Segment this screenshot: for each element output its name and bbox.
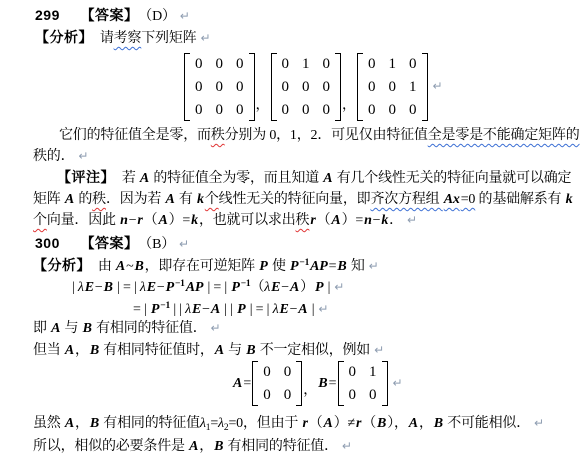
- text-run: −1: [299, 258, 309, 268]
- text-run: −: [95, 280, 103, 295]
- text-run: A: [297, 302, 308, 317]
- paragraph-mark-icon: ↵: [534, 416, 544, 430]
- text-run: 300: [35, 235, 60, 251]
- text-run: 【分析】: [35, 29, 86, 45]
- text-run: 秩: [92, 192, 106, 207]
- line-q299-remark-2: 矩阵 A 的秩．因为若 A 有 k个线性无关的特征向量，即齐次方程组 Ax=0 …: [33, 190, 573, 209]
- text-run: B: [245, 343, 256, 358]
- text-run: B: [433, 416, 444, 431]
- matrix-cells: 010000000: [277, 53, 336, 121]
- text-run: n: [363, 213, 373, 228]
- paragraph-mark-icon: ↵: [374, 343, 384, 357]
- text-run: k: [565, 192, 574, 207]
- matrix-cells: 000000000: [190, 53, 249, 121]
- text-run: [86, 31, 100, 46]
- text-run: =0，但由于: [228, 416, 301, 431]
- text-run: P: [230, 280, 240, 295]
- text-run: A: [323, 416, 334, 431]
- text-run: r: [136, 213, 143, 228]
- text-run: 考察: [114, 31, 142, 46]
- paragraph-mark-icon: ↵: [407, 213, 417, 227]
- matrix-cell: 0: [216, 102, 224, 118]
- matrix-cell: 0: [236, 56, 244, 72]
- matrix-right-bracket: [296, 361, 302, 406]
- matrix-cell: 0: [282, 102, 290, 118]
- line-q300-formula-2: = | P−1 | | λE−A | | P | = | λE−A |↵: [133, 300, 328, 321]
- line-q300-although: 虽然 A，B 有相同的特征值λ1=λ2=0，但由于 r（A）≠r（B），A，B …: [33, 414, 544, 435]
- text-run: 不一定相似，例如: [256, 343, 370, 358]
- text-run: ，: [342, 96, 356, 123]
- matrix-cell: 0: [368, 79, 376, 95]
- text-run: 2: [224, 423, 229, 433]
- text-run: （B）: [145, 237, 175, 252]
- text-run: 有相同的特征值．: [93, 321, 207, 336]
- text-run: n: [119, 213, 129, 228]
- text-run: −: [281, 280, 289, 295]
- text-run: 有: [176, 192, 196, 207]
- matrix-cell: 0: [284, 387, 292, 403]
- text-run: AP: [309, 259, 329, 274]
- text-run: ）: [300, 280, 314, 295]
- text-run: P: [258, 259, 268, 274]
- text-run: 虽然: [33, 416, 64, 431]
- text-run: B: [376, 416, 387, 431]
- text-run: k: [190, 213, 199, 228]
- matrix-cell: 0: [389, 79, 397, 95]
- line-q299-conclusion-2: 秩的．↵: [33, 147, 88, 166]
- paragraph-mark-icon: ↵: [78, 149, 88, 163]
- text-run: A: [164, 192, 175, 207]
- text-run: −1: [175, 279, 185, 289]
- text-run: −1: [160, 301, 170, 311]
- text-run: AP: [185, 280, 205, 295]
- text-run: [84, 259, 98, 274]
- text-run: B: [103, 280, 114, 295]
- text-run: A: [289, 280, 300, 295]
- paragraph-mark-icon: ↵: [211, 321, 221, 335]
- line-q300-analysis: 【分析】 由 A~B，即存在可逆矩阵 P 使 P−1AP=B 知↵: [33, 256, 378, 278]
- text-run: ，: [75, 416, 89, 431]
- text-run: 与: [225, 343, 245, 358]
- text-run: 秩: [296, 213, 310, 228]
- text-run: E: [146, 280, 157, 295]
- text-run: λ: [200, 416, 206, 431]
- text-run: E: [278, 302, 289, 317]
- text-run: A: [330, 213, 341, 228]
- matrix-cell: 0: [236, 102, 244, 118]
- text-run: A: [115, 259, 126, 274]
- matrix: 0000: [252, 361, 302, 406]
- text-run: 有相同的特征值．: [224, 439, 338, 454]
- text-run: A: [214, 343, 225, 358]
- text-run: ），: [387, 416, 408, 431]
- matrix-cell: 0: [349, 364, 357, 380]
- paragraph-mark-icon: ↵: [369, 259, 379, 273]
- text-run: ）=: [342, 213, 364, 228]
- matrix-cell: 1: [302, 56, 310, 72]
- matrix-cell: 0: [409, 56, 417, 72]
- matrix-cells: 0100: [344, 361, 382, 406]
- text-run: A: [408, 416, 419, 431]
- line-q299-answer: 299 【答案】 （D）↵: [35, 6, 190, 26]
- text-run: 1: [206, 423, 211, 433]
- text-run: P: [314, 280, 324, 295]
- text-run: r: [309, 213, 316, 228]
- text-run: ，: [419, 416, 433, 431]
- text-run: | |: [170, 302, 185, 317]
- matrix-cell: 0: [369, 387, 377, 403]
- text-run: [131, 237, 145, 252]
- text-run: P: [150, 302, 160, 317]
- text-run: ，: [75, 343, 89, 358]
- text-run: （: [317, 213, 331, 228]
- matrix-cell: 1: [389, 56, 397, 72]
- text-run: 下列矩阵: [141, 31, 196, 46]
- text-run: A: [210, 302, 221, 317]
- matrix-cell: 0: [409, 102, 417, 118]
- text-run: [108, 171, 122, 186]
- line-q300-answer: 300 【答案】 （B）↵: [35, 234, 189, 254]
- text-run: 与: [61, 321, 81, 336]
- text-run: 全是零是不能确定矩阵的: [428, 128, 580, 143]
- text-run: k: [196, 192, 205, 207]
- paragraph-mark-icon: ↵: [342, 439, 352, 453]
- matrix-cell: 0: [368, 56, 376, 72]
- matrix-cell: 0: [195, 79, 203, 95]
- matrix-cell: 0: [195, 102, 203, 118]
- text-run: ，: [303, 381, 317, 408]
- text-run: （: [250, 280, 264, 295]
- text-run: 【答案】: [87, 235, 131, 251]
- text-run: P: [289, 259, 299, 274]
- text-run: 秩: [211, 128, 225, 143]
- line-q300-same-eigenvalues: 即 A 与 B 有相同的特征值．↵: [33, 319, 220, 338]
- text-run: B: [317, 374, 328, 393]
- text-run: | = |: [204, 280, 230, 295]
- text-run: |: [308, 302, 314, 317]
- text-run: A: [188, 439, 199, 454]
- text-run: =: [210, 416, 218, 431]
- matrix: 010000000: [271, 53, 342, 121]
- matrix-cell: 0: [282, 56, 290, 72]
- matrix-cell: 1: [369, 364, 377, 380]
- text-run: P: [236, 302, 246, 317]
- text-run: 有相同特征值时，: [100, 343, 214, 358]
- text-run: A: [322, 171, 333, 186]
- line-q299-remark-1: 【评注】 若 A 的特征值全为零，而且知道 A 有几个线性无关的特征向量就可以确…: [57, 168, 571, 188]
- matrix-right-bracket: [335, 53, 341, 121]
- text-run: A: [50, 321, 61, 336]
- text-run: 它们的特征值全是零，而: [59, 128, 211, 143]
- paragraph-mark-icon: ↵: [180, 9, 190, 23]
- text-run: | |: [221, 302, 236, 317]
- text-run: （: [362, 416, 376, 431]
- text-run: 有相同的特征值: [100, 416, 200, 431]
- text-run: λ: [140, 280, 146, 295]
- paragraph-mark-icon: ↵: [179, 237, 189, 251]
- text-run: 即: [33, 321, 50, 336]
- text-run: r: [301, 416, 308, 431]
- text-run: 【分析】: [33, 257, 84, 273]
- text-run: −1: [241, 279, 251, 289]
- text-run: 使: [269, 259, 289, 274]
- text-run: 有几个线性无关的特征向量就可以确定: [333, 171, 571, 186]
- text-run: 个: [205, 192, 219, 207]
- matrix-cell: 0: [282, 79, 290, 95]
- text-run: B: [89, 416, 100, 431]
- text-run: B: [133, 259, 144, 274]
- matrix-right-bracket: [249, 53, 255, 121]
- matrix-cell: 0: [323, 102, 331, 118]
- text-run: A: [232, 374, 243, 393]
- text-run: −: [202, 302, 210, 317]
- text-run: ，: [199, 439, 213, 454]
- matrix-cell: 0: [368, 102, 376, 118]
- text-run: A: [64, 192, 75, 207]
- paragraph-mark-icon: ↵: [318, 302, 328, 316]
- text-run: E: [270, 280, 281, 295]
- text-run: 线性无关的特征向量，即: [219, 192, 371, 207]
- matrix-cell: 1: [409, 79, 417, 95]
- matrix: 010001000: [357, 53, 428, 121]
- text-run: ）≠: [334, 416, 355, 431]
- text-run: [60, 237, 88, 252]
- text-run: 分别为 0，1，2．可见仅由特征值: [225, 128, 428, 143]
- text-run: ）=: [169, 213, 191, 228]
- text-run: = |: [133, 302, 150, 317]
- text-run: B: [82, 321, 93, 336]
- text-run: ．: [389, 213, 403, 228]
- matrix-cell: 0: [323, 79, 331, 95]
- text-run: 秩的．: [33, 149, 74, 164]
- text-run: λ: [78, 280, 84, 295]
- matrix-right-bracket: [422, 53, 428, 121]
- matrix-cell: 0: [216, 56, 224, 72]
- line-q299-matrices: 000000000，010000000，010001000↵: [183, 50, 443, 123]
- matrix-cell: 0: [195, 56, 203, 72]
- text-run: A: [157, 213, 168, 228]
- line-q299-remark-3: 个向量．因此 n−r（A）=k，也就可以求出秩r（A）=n−k．↵: [33, 211, 417, 230]
- text-run: 由: [98, 259, 115, 274]
- text-run: [60, 9, 88, 24]
- text-run: 知: [348, 259, 365, 274]
- text-run: 向量．因此: [47, 213, 119, 228]
- text-run: A: [64, 416, 75, 431]
- matrix-cell: 0: [302, 102, 310, 118]
- text-run: 不可能相似．: [444, 416, 530, 431]
- text-run: ，: [256, 96, 270, 123]
- text-run: 齐次方程组: [370, 192, 442, 207]
- matrix-cell: 0: [263, 364, 271, 380]
- text-run: | = |: [246, 302, 272, 317]
- matrix-cell: 0: [236, 79, 244, 95]
- matrix-cell: 0: [389, 102, 397, 118]
- text-run: 的基础解系有: [475, 192, 564, 207]
- text-run: [131, 9, 145, 24]
- text-run: 矩阵: [33, 192, 64, 207]
- text-run: 【答案】: [87, 7, 131, 23]
- matrix-cell: 0: [284, 364, 292, 380]
- text-run: Ax: [443, 192, 461, 207]
- text-run: B: [336, 259, 347, 274]
- text-run: 299: [35, 7, 60, 23]
- paragraph-mark-icon: ↵: [433, 77, 443, 96]
- matrix-cell: 0: [349, 387, 357, 403]
- text-run: ．因为若: [106, 192, 165, 207]
- line-q300-formula-1: | λE−B | = | λE−P−1AP | = | P−1（λE−A）P |…: [72, 278, 344, 299]
- text-run: P: [165, 280, 175, 295]
- line-q300-therefore: 所以，相似的必要条件是 A，B 有相同的特征值．↵: [33, 437, 352, 456]
- text-run: 所以，相似的必要条件是: [33, 439, 188, 454]
- text-run: =0: [461, 192, 476, 207]
- text-run: （: [144, 213, 158, 228]
- text-run: | = |: [114, 280, 140, 295]
- line-q299-conclusion-1: 它们的特征值全是零，而秩分别为 0，1，2．可见仅由特征值全是零是不能确定矩阵的: [59, 126, 580, 145]
- text-run: B: [89, 343, 100, 358]
- text-run: ，即存在可逆矩阵: [145, 259, 259, 274]
- matrix: 000000000: [184, 53, 255, 121]
- paragraph-mark-icon: ↵: [334, 280, 344, 294]
- text-run: −: [157, 280, 165, 295]
- text-run: 若: [122, 171, 139, 186]
- matrix-cells: 0000: [258, 361, 296, 406]
- text-run: E: [191, 302, 202, 317]
- matrix-cell: 0: [263, 387, 271, 403]
- matrix-cell: 0: [323, 56, 331, 72]
- text-run: 请: [100, 31, 114, 46]
- text-run: k: [380, 213, 389, 228]
- text-run: ，也就可以求出: [199, 213, 296, 228]
- text-run: E: [84, 280, 95, 295]
- line-q299-analysis: 【分析】 请考察下列矩阵↵: [35, 28, 210, 48]
- text-run: 【评注】: [57, 169, 108, 185]
- text-run: （: [309, 416, 323, 431]
- text-run: |: [324, 280, 330, 295]
- paragraph-mark-icon: ↵: [200, 31, 210, 45]
- text-run: A: [139, 171, 150, 186]
- text-run: 个: [33, 213, 47, 228]
- paragraph-mark-icon: ↵: [393, 374, 403, 393]
- document-page: 299 【答案】 （D）↵ 【分析】 请考察下列矩阵↵ 000000000，01…: [0, 0, 582, 460]
- text-run: A: [64, 343, 75, 358]
- text-run: 但当: [33, 343, 64, 358]
- text-run: B: [213, 439, 224, 454]
- matrix-cell: 0: [302, 79, 310, 95]
- text-run: 的特征值全为零，而且知道: [150, 171, 322, 186]
- matrix: 0100: [338, 361, 388, 406]
- line-q300-example-matrices: A=0000，B=0100↵: [232, 358, 403, 408]
- text-run: 的: [75, 192, 92, 207]
- matrix-cell: 0: [216, 79, 224, 95]
- text-run: =: [329, 374, 337, 393]
- text-run: =: [243, 374, 251, 393]
- matrix-cells: 010001000: [363, 53, 422, 121]
- matrix-right-bracket: [382, 361, 388, 406]
- text-run: （D）: [145, 9, 176, 24]
